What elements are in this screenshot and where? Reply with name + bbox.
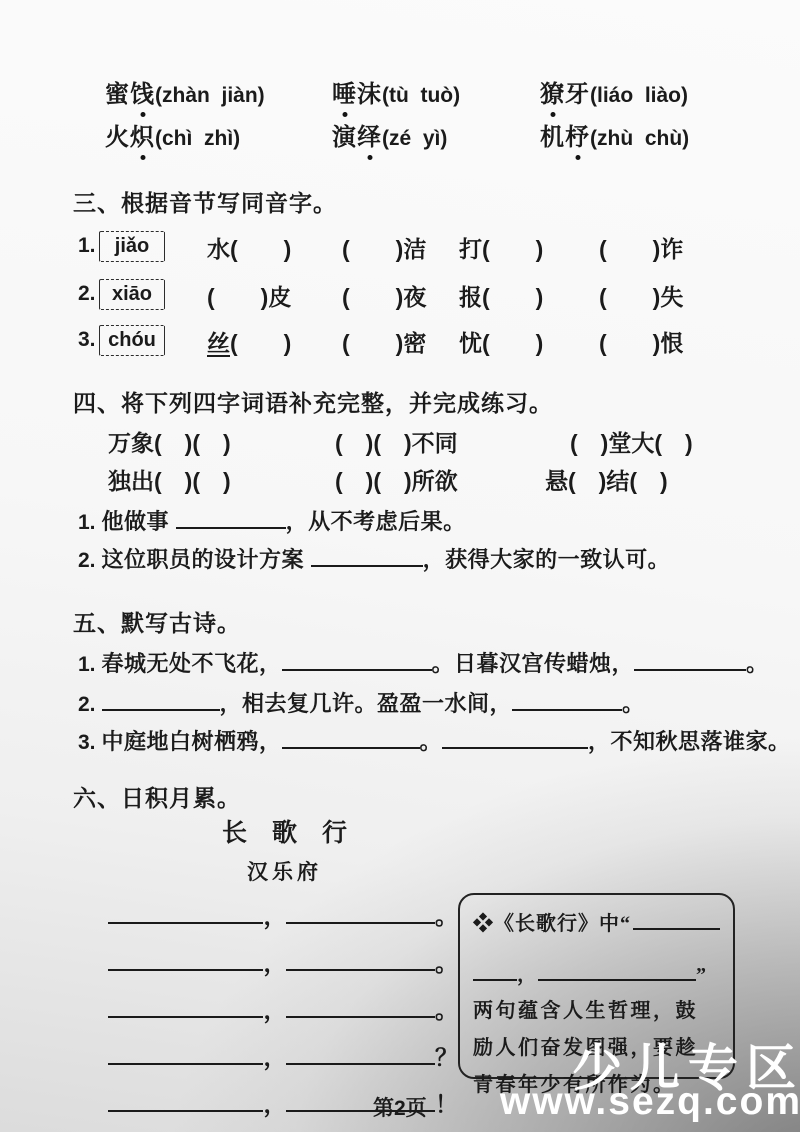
row-number: 2. <box>78 549 96 573</box>
pinyin-box: chóu <box>99 325 165 356</box>
word-chars: 火炽 <box>105 124 155 151</box>
blank-line <box>108 1058 263 1065</box>
blank-line <box>634 664 746 671</box>
word-item: 唾沫(tù tuò) <box>332 74 460 109</box>
blank-line <box>473 974 517 981</box>
pinyin-box: xiāo <box>99 279 165 310</box>
word-chars: 机杼 <box>540 124 590 151</box>
fill-item: 报( ) <box>459 279 543 312</box>
fill-item: 忧( ) <box>459 325 543 358</box>
word-item: 獠牙(liáo liào) <box>540 74 688 109</box>
word-chars: 獠牙 <box>540 81 590 108</box>
poem-title: 长 歌 行 <box>222 813 347 849</box>
blank-line <box>512 704 622 711</box>
section-title: 五、默写古诗。 <box>73 605 773 638</box>
dictation-line: 3. 中庭地白树栖鸦， 。 ，不知秋思落谁家。 <box>78 725 791 756</box>
idiom-item: 万象( )( ) <box>108 425 231 458</box>
blank-line <box>286 964 435 971</box>
worksheet-page: 蜜饯(zhàn jiàn) 唾沫(tù tuò) 獠牙(liáo liào) 火… <box>0 0 800 1132</box>
section-poem-dictation: 五、默写古诗。 1. 春城无处不飞花， 。日暮汉宫传蜡烛， 。 2. ，相去复几… <box>73 605 773 765</box>
idiom-item: ( )( )所欲 <box>335 463 458 496</box>
word-item: 火炽(chì zhì) <box>105 117 240 152</box>
blank-line <box>442 742 588 749</box>
blank-line <box>633 923 720 930</box>
row-number: 3. <box>78 328 96 352</box>
section-accumulation-title: 六、日积月累。 <box>73 780 241 813</box>
idiom-item: 悬( )结( ) <box>545 463 668 496</box>
blank-line <box>176 522 286 529</box>
page-number: 第2页 <box>373 1092 427 1122</box>
row-number: 3. <box>78 731 96 755</box>
fill-item: ( )诈 <box>599 231 683 264</box>
word-pinyin: (zhàn jiàn) <box>155 84 265 107</box>
fill-item: ( )恨 <box>599 325 683 358</box>
note-line: ❖《长歌行》中“ <box>473 907 720 936</box>
watermark-url: www.sezq.com <box>500 1080 800 1124</box>
row-number: 1. <box>78 234 96 258</box>
section-title: 三、根据音节写同音字。 <box>73 185 773 218</box>
idiom-item: ( )( )不同 <box>335 425 458 458</box>
row-number: 2. <box>78 693 96 717</box>
exercise-sentence: 1. 他做事 ，从不考虑后果。 <box>78 505 466 536</box>
dictation-line: 2. ，相去复几许。盈盈一水间， 。 <box>78 687 645 718</box>
blank-line <box>102 704 220 711</box>
blank-line <box>108 1105 263 1112</box>
blank-line <box>282 664 432 671</box>
row-number: 1. <box>78 653 96 677</box>
fill-item: 水( ) <box>207 231 291 264</box>
blank-line <box>286 917 435 924</box>
row-number: 1. <box>78 511 96 535</box>
blank-line <box>286 1058 435 1065</box>
fill-item: 丝( ) <box>207 325 291 358</box>
word-item: 演绎(zé yì) <box>332 117 447 152</box>
section-title: 四、将下列四字词语补充完整，并完成练习。 <box>73 385 773 418</box>
blank-line <box>311 560 423 567</box>
poem-line: ，。 <box>108 992 458 1025</box>
poem-line: ，。 <box>108 945 458 978</box>
section-idioms: 四、将下列四字词语补充完整，并完成练习。 万象( )( ) ( )( )不同 (… <box>73 385 773 585</box>
dictation-line: 1. 春城无处不飞花， 。日暮汉宫传蜡烛， 。 <box>78 647 769 678</box>
word-pinyin: (zé yì) <box>382 127 447 150</box>
fill-item: 打( ) <box>459 231 543 264</box>
row-number: 2. <box>78 282 96 306</box>
note-line: ， ” <box>473 958 720 987</box>
blank-line <box>286 1011 435 1018</box>
section-homophones: 三、根据音节写同音字。 1. jiǎo 水( ) ( )洁 打( ) ( )诈 … <box>73 185 773 365</box>
word-item: 蜜饯(zhàn jiàn) <box>105 74 265 109</box>
poem-line: ，？ <box>108 1039 458 1072</box>
word-pinyin: (zhù chù) <box>590 127 689 150</box>
fill-item: ( )失 <box>599 279 683 312</box>
word-item: 机杼(zhù chù) <box>540 117 689 152</box>
poem-author: 汉乐府 <box>247 856 322 886</box>
blank-line <box>282 742 420 749</box>
fill-item: ( )密 <box>342 325 426 358</box>
blank-line <box>108 964 263 971</box>
fill-item: ( )皮 <box>207 279 291 312</box>
blank-line <box>108 917 263 924</box>
blank-line <box>108 1011 263 1018</box>
word-pinyin: (liáo liào) <box>590 84 688 107</box>
blank-line <box>538 974 696 981</box>
word-pinyin: (chì zhì) <box>155 127 240 150</box>
word-chars: 蜜饯 <box>105 81 155 108</box>
idiom-item: 独出( )( ) <box>108 463 231 496</box>
idiom-item: ( )堂大( ) <box>570 425 693 458</box>
word-chars: 唾沫 <box>332 81 382 108</box>
fill-item: ( )夜 <box>342 279 426 312</box>
pinyin-box: jiǎo <box>99 231 165 262</box>
poem-line: ，。 <box>108 898 458 931</box>
fill-item: ( )洁 <box>342 231 426 264</box>
word-pronunciation-grid: 蜜饯(zhàn jiàn) 唾沫(tù tuò) 獠牙(liáo liào) 火… <box>105 74 765 164</box>
exercise-sentence: 2. 这位职员的设计方案 ，获得大家的一致认可。 <box>78 543 670 574</box>
word-pinyin: (tù tuò) <box>382 84 460 107</box>
word-chars: 演绎 <box>332 124 382 151</box>
